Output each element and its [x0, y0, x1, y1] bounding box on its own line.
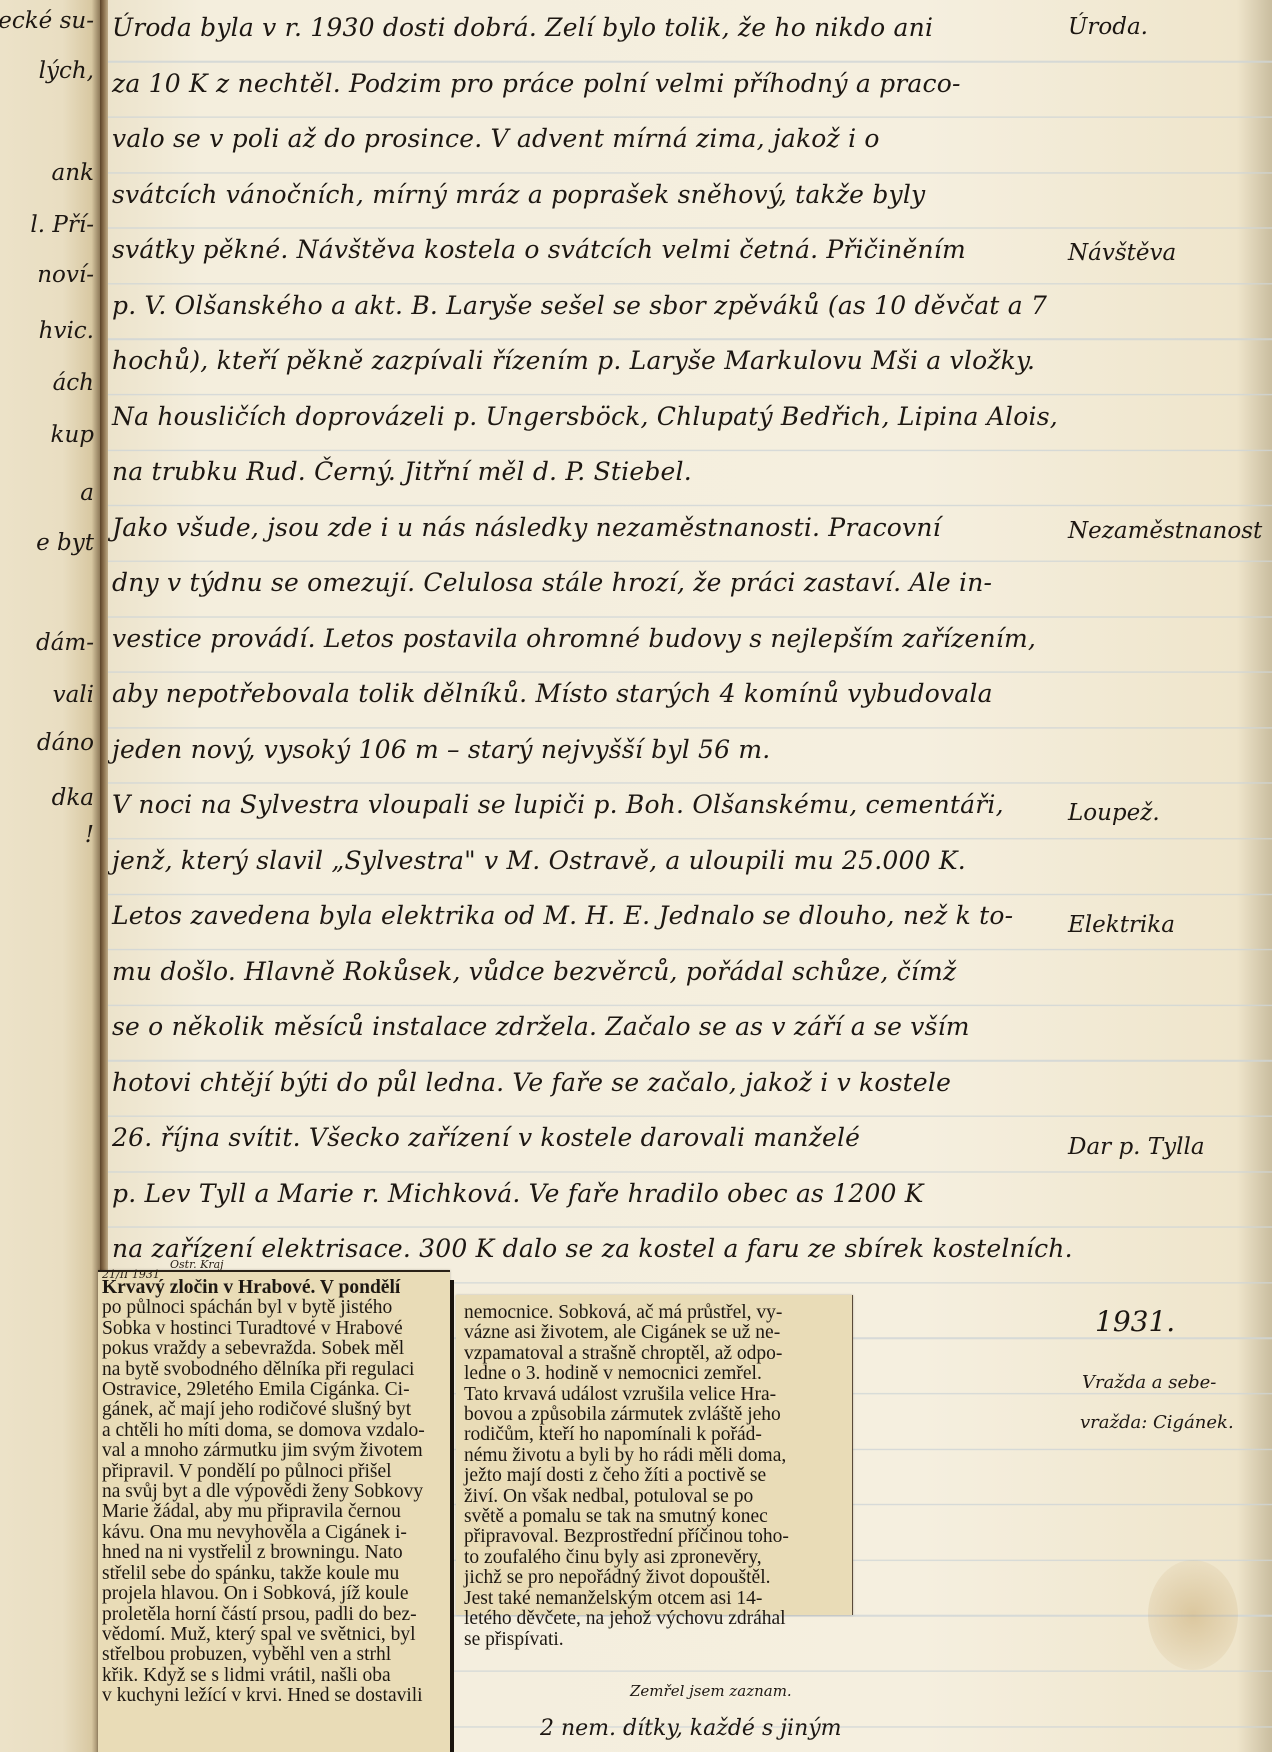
entry-line: jeden nový, vysoký 106 m – starý nejvyšš…: [112, 722, 1112, 778]
paper-stain: [1148, 1560, 1238, 1670]
clipping-line: nemocnice. Sobková, ač má průstřel, vy-: [460, 1303, 852, 1323]
clipping-line: hned na ni vystřelil z browningu. Nato: [98, 1543, 450, 1563]
clipping-line: připravoval. Bezprostřední příčinou toho…: [460, 1527, 852, 1547]
entry-line: Letos zavedena byla elektrika od M. H. E…: [112, 888, 1112, 944]
entry-line: V noci na Sylvestra vloupali se lupiči p…: [112, 777, 1112, 833]
clipping-line: jichž se pro nepořádný život dopouštěl.: [460, 1568, 852, 1588]
clipping-line: po půlnoci spáchán byl v bytě jistého: [98, 1298, 450, 1318]
entry-line: za 10 K z nechtěl. Podzim pro práce poln…: [112, 56, 1112, 112]
newspaper-clipping-column-1: 21/II 1931 Ostr. Kraj Krvavý zločin v Hr…: [98, 1270, 450, 1752]
left-page-fragment: lých,: [39, 58, 94, 84]
clipping-line: živí. On však nedbal, potuloval se po: [460, 1487, 852, 1507]
entry-line: svátcích vánočních, mírný mráz a popraše…: [112, 167, 1112, 223]
left-page-fragment: čtecké su-: [0, 8, 94, 34]
clipping-headline-line: Krvavý zločin v Hrabové. V pondělí: [98, 1278, 450, 1298]
left-page-fragment: l. Pří-: [30, 212, 94, 238]
clipping-line: letého děvčete, na jehož výchovu zdráhal: [460, 1609, 852, 1629]
clipping-divider: [450, 1280, 454, 1752]
left-page-fragment: noví-: [37, 262, 94, 288]
year-marker: 1931.: [1095, 1305, 1175, 1338]
entry-line: Úroda byla v r. 1930 dosti dobrá. Zelí b…: [112, 0, 1112, 56]
entry-line: hotovi chtějí býti do půl ledna. Ve faře…: [112, 1055, 1112, 1111]
clipping-line: kávu. Ona mu nevyhověla a Cigánek i-: [98, 1523, 450, 1543]
left-page-fragment: !: [85, 822, 94, 848]
clipping-line: ledne o 3. hodině v nemocnici zemřel.: [460, 1364, 852, 1384]
entry-line: svátky pěkné. Návštěva kostela o svátcíc…: [112, 222, 1112, 278]
clipping-source-annotation: Ostr. Kraj: [170, 1258, 224, 1271]
entry-line: valo se v poli až do prosince. V advent …: [112, 111, 1112, 167]
clipping-line: světě a pomalu se tak na smutný konec: [460, 1507, 852, 1527]
bottom-handwriting-line-2: 2 nem. dítky, každé s jiným: [540, 1716, 842, 1741]
clipping-line: střelil sebe do spánku, takže koule mu: [98, 1564, 450, 1584]
entry-line: se o několik měsíců instalace zdržela. Z…: [112, 999, 1112, 1055]
entry-line: p. Lev Tyll a Marie r. Michková. Ve faře…: [112, 1166, 1112, 1222]
left-page-fragment: ách: [53, 370, 94, 396]
margin-note: Úroda.: [1068, 14, 1148, 40]
margin-note: Nezaměstnanost: [1068, 518, 1262, 544]
clipping-line: se přispívati.: [460, 1630, 852, 1650]
clipping-line: vzpamatoval a strašně chroptěl, až odpo-: [460, 1344, 852, 1364]
entry-line: Jako všude, jsou zde i u nás následky ne…: [112, 500, 1112, 556]
clipping-line: křik. Když se s lidmi vrátil, našli oba: [98, 1666, 450, 1686]
entry-line: dny v týdnu se omezují. Celulosa stále h…: [112, 555, 1112, 611]
left-page: čtecké su-lých,ankl. Pří-noví-hvic.áchku…: [0, 0, 104, 1752]
clipping-line: Jest také nemanželským otcem asi 14-: [460, 1589, 852, 1609]
clipping-line: proletěla horní částí prsou, padli do be…: [98, 1605, 450, 1625]
clipping-line: připravil. V pondělí po půlnoci přišel: [98, 1462, 450, 1482]
clipping-line: rodičům, kteří ho napomínali k pořád-: [460, 1425, 852, 1445]
left-page-fragment: hvic.: [39, 318, 94, 344]
margin-note-murder: Vražda a sebe-: [1082, 1372, 1216, 1393]
clipping-line: Tato krvavá událost vzrušila velice Hra-: [460, 1385, 852, 1405]
clipping-line: val a mnoho zármutku jim svým životem: [98, 1441, 450, 1461]
margin-note: Návštěva: [1068, 240, 1176, 266]
bottom-handwriting-line-1: Zemřel jsem zaznam.: [630, 1682, 792, 1700]
left-page-fragment: a: [80, 480, 94, 506]
clipping-line: to zoufalého činu byly asi zpronevěry,: [460, 1548, 852, 1568]
clipping-line: střelbou probuzen, vyběhl ven a strhl: [98, 1645, 450, 1665]
clipping-line: Sobka v hostinci Turadtové v Hrabové: [98, 1319, 450, 1339]
entry-line: p. V. Olšanského a akt. B. Laryše sešel …: [112, 278, 1112, 334]
left-page-fragment: e byt: [36, 530, 94, 556]
entry-line: na trubku Rud. Černý. Jitřní měl d. P. S…: [112, 444, 1112, 500]
clipping-line: na svůj byt a dle výpovědi ženy Sobkovy: [98, 1482, 450, 1502]
clipping-line: Marie žádal, aby mu připravila černou: [98, 1502, 450, 1522]
clipping-line: gánek, ač mají jeho rodičové slušný byt: [98, 1400, 450, 1420]
chronicle-entries: Úroda byla v r. 1930 dosti dobrá. Zelí b…: [112, 0, 1112, 1277]
entry-line: Na housličích doprovázeli p. Ungersböck,…: [112, 389, 1112, 445]
left-page-fragment: vali: [53, 682, 94, 708]
left-page-fragment: ank: [52, 160, 94, 186]
clipping-date-annotation: 21/II 1931: [102, 1268, 160, 1281]
entry-line: na zařízení elektrisace. 300 K dalo se z…: [112, 1221, 1112, 1277]
newspaper-clipping-column-2: nemocnice. Sobková, ač má průstřel, vy-v…: [456, 1295, 853, 1615]
left-page-fragment: dka: [52, 785, 94, 811]
clipping-line: v kuchyni ležící v krvi. Hned se dostavi…: [98, 1686, 450, 1706]
clipping-line: vázne asi životem, ale Cigánek se už ne-: [460, 1323, 852, 1343]
entry-line: 26. října svítit. Všecko zařízení v kost…: [112, 1110, 1112, 1166]
clipping-line: a chtěli ho míti doma, se domova vzdalo-: [98, 1421, 450, 1441]
clipping-line: na bytě svobodného dělníka při regulaci: [98, 1360, 450, 1380]
clipping-line: vědomí. Muž, který spal ve světnici, byl: [98, 1625, 450, 1645]
margin-note-murder-cont: vražda: Cigánek.: [1080, 1412, 1234, 1433]
entry-line: hochů), kteří pěkně zazpívali řízením p.…: [112, 333, 1112, 389]
left-page-fragment: dám-: [36, 630, 94, 656]
clipping-line: ježto mají dosti z čeho žíti a poctivě s…: [460, 1466, 852, 1486]
margin-note: Elektrika: [1068, 912, 1175, 938]
clipping-line: Ostravice, 29letého Emila Cigánka. Ci-: [98, 1380, 450, 1400]
clipping-line: projela hlavou. On i Sobková, jíž koule: [98, 1584, 450, 1604]
left-page-fragment: dáno: [37, 730, 94, 756]
clipping-line: bovou a způsobila zármutek zvláště jeho: [460, 1405, 852, 1425]
entry-line: aby nepotřebovala tolik dělníků. Místo s…: [112, 666, 1112, 722]
entry-line: mu došlo. Hlavně Rokůsek, vůdce bezvěrců…: [112, 944, 1112, 1000]
margin-note: Loupež.: [1068, 800, 1160, 826]
clipping-line: pokus vraždy a sebevražda. Sobek měl: [98, 1339, 450, 1359]
clipping-line: nému životu a byli by ho rádi měli doma,: [460, 1446, 852, 1466]
left-page-fragment: kup: [51, 422, 94, 448]
margin-note: Dar p. Tylla: [1068, 1134, 1205, 1160]
entry-line: vestice provádí. Letos postavila ohromné…: [112, 611, 1112, 667]
entry-line: jenž, který slavil „Sylvestra" v M. Ostr…: [112, 833, 1112, 889]
